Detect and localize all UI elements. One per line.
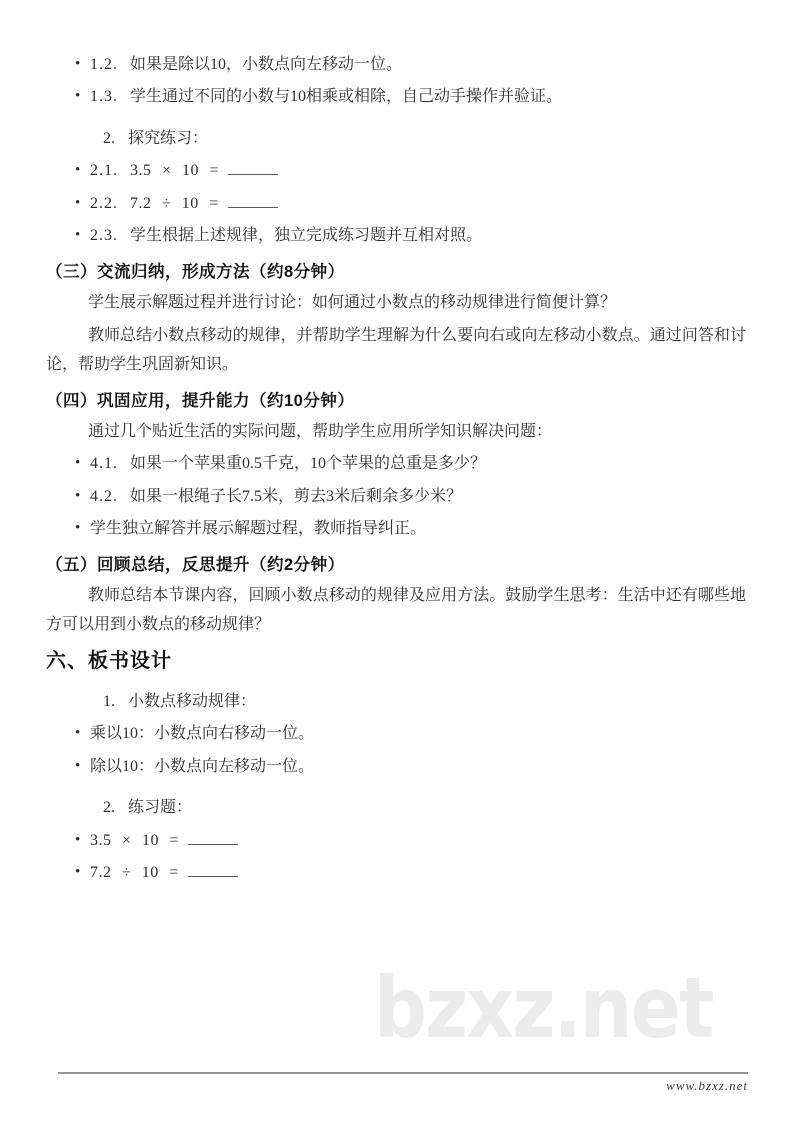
section-heading: （五）回顾总结，反思提升（约2分钟） xyxy=(46,554,746,576)
list-item: •2.1.3.5 × 10 = xyxy=(46,156,746,185)
item-text: 探究练习： xyxy=(128,130,208,147)
numbered-item: 2.练习题： xyxy=(46,793,746,822)
answer-blank xyxy=(228,157,278,175)
item-number: 2. xyxy=(103,799,115,816)
section-heading: （四）巩固应用，提升能力（约10分钟） xyxy=(46,390,746,412)
bullet-icon: • xyxy=(75,82,80,111)
item-number: 1.3. xyxy=(90,88,118,105)
bullet-icon: • xyxy=(75,719,80,748)
item-text: 乘以10：小数点向右移动一位。 xyxy=(90,725,314,742)
bullet-icon: • xyxy=(75,156,80,185)
chapter-heading: 六、板书设计 xyxy=(46,648,746,674)
item-text: 如果一根绳子长7.5米，剪去3米后剩余多少米？ xyxy=(130,488,462,505)
item-text: 学生根据上述规律，独立完成练习题并互相对照。 xyxy=(130,227,482,244)
answer-blank xyxy=(188,827,238,845)
item-number: 4.1. xyxy=(90,455,118,472)
bullet-icon: • xyxy=(75,189,80,218)
bullet-icon: • xyxy=(75,858,80,887)
item-number: 2. xyxy=(103,130,115,147)
item-number: 4.2. xyxy=(90,488,118,505)
answer-blank xyxy=(188,859,238,877)
bullet-icon: • xyxy=(75,514,80,543)
footer-url: www.bzxz.net xyxy=(666,1078,748,1094)
item-text: 3.5 × 10 = xyxy=(130,162,219,179)
list-item: •3.5 × 10 = xyxy=(46,826,746,855)
list-item: •除以10：小数点向左移动一位。 xyxy=(46,752,746,781)
item-number: 2.3. xyxy=(90,227,118,244)
item-number: 2.2. xyxy=(90,195,118,212)
bullet-icon: • xyxy=(75,50,80,79)
bullet-icon: • xyxy=(75,449,80,478)
item-number: 2.1. xyxy=(90,162,118,179)
section-heading: （三）交流归纳，形成方法（约8分钟） xyxy=(46,261,746,283)
item-text: 学生通过不同的小数与10相乘或相除，自己动手操作并验证。 xyxy=(130,88,562,105)
document-content: •1.2.如果是除以10，小数点向左移动一位。•1.3.学生通过不同的小数与10… xyxy=(46,46,746,891)
paragraph: 教师总结小数点移动的规律，并帮助学生理解为什么要向右或向左移动小数点。通过问答和… xyxy=(46,321,746,379)
paragraph: 教师总结本节课内容，回顾小数点移动的规律及应用方法。鼓励学生思考：生活中还有哪些… xyxy=(46,581,746,639)
bullet-icon: • xyxy=(75,221,80,250)
list-item: •4.1.如果一个苹果重0.5千克，10个苹果的总重是多少？ xyxy=(46,449,746,478)
item-text: 如果一个苹果重0.5千克，10个苹果的总重是多少？ xyxy=(130,455,486,472)
list-item: •1.3.学生通过不同的小数与10相乘或相除，自己动手操作并验证。 xyxy=(46,82,746,111)
list-item: •7.2 ÷ 10 = xyxy=(46,858,746,887)
list-item: •2.3.学生根据上述规律，独立完成练习题并互相对照。 xyxy=(46,221,746,250)
item-text: 如果是除以10，小数点向左移动一位。 xyxy=(130,56,402,73)
watermark-text: bzxz.net xyxy=(374,966,713,1050)
item-text: 练习题： xyxy=(128,799,192,816)
item-text: 学生独立解答并展示解题过程，教师指导纠正。 xyxy=(90,520,426,537)
list-item: •2.2.7.2 ÷ 10 = xyxy=(46,189,746,218)
numbered-item: 2.探究练习： xyxy=(46,124,746,153)
item-number: 1. xyxy=(103,693,115,710)
paragraph: 通过几个贴近生活的实际问题，帮助学生应用所学知识解决问题： xyxy=(46,417,746,446)
item-number: 1.2. xyxy=(90,56,118,73)
item-text: 7.2 ÷ 10 = xyxy=(90,864,179,881)
bullet-icon: • xyxy=(75,482,80,511)
numbered-item: 1.小数点移动规律： xyxy=(46,687,746,716)
list-item: •乘以10：小数点向右移动一位。 xyxy=(46,719,746,748)
item-text: 除以10：小数点向左移动一位。 xyxy=(90,758,314,775)
list-item: •学生独立解答并展示解题过程，教师指导纠正。 xyxy=(46,514,746,543)
item-text: 3.5 × 10 = xyxy=(90,832,179,849)
bullet-icon: • xyxy=(75,752,80,781)
bullet-icon: • xyxy=(75,826,80,855)
list-item: •1.2.如果是除以10，小数点向左移动一位。 xyxy=(46,50,746,79)
paragraph: 学生展示解题过程并进行讨论：如何通过小数点的移动规律进行简便计算？ xyxy=(46,288,746,317)
item-text: 7.2 ÷ 10 = xyxy=(130,195,219,212)
footer-divider xyxy=(58,1072,748,1074)
item-text: 小数点移动规律： xyxy=(128,693,256,710)
answer-blank xyxy=(228,190,278,208)
list-item: •4.2.如果一根绳子长7.5米，剪去3米后剩余多少米？ xyxy=(46,482,746,511)
